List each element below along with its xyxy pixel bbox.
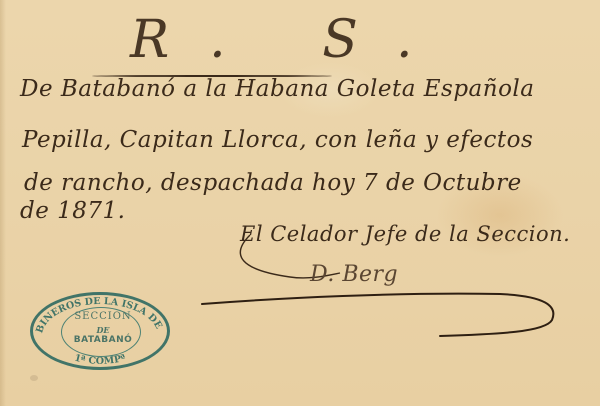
paper-edge-shadow	[0, 0, 6, 406]
paper-smudge	[30, 375, 38, 381]
signature-title: El Celador Jefe de la Seccion.	[240, 222, 570, 246]
stamp-seccion: SECCION	[33, 311, 173, 322]
official-stamp: CARABINEROS DE LA ISLA DE CUBA 1ª COMPª …	[30, 292, 170, 370]
body-line-3: de rancho, despachada hoy 7 de Octubre	[24, 170, 522, 196]
document-heading: R. S.	[130, 10, 453, 70]
body-line-1: De Batabanó a la Habana Goleta Española	[20, 76, 535, 102]
stamp-de: DE	[33, 325, 173, 335]
body-line-2: Pepilla, Capitan Llorca, con leña y efec…	[22, 127, 533, 153]
body-line-4: de 1871.	[20, 198, 126, 224]
signature-name: D. Berg	[310, 262, 398, 287]
signature-flourish	[200, 290, 560, 338]
stamp-place: BATABANÓ	[33, 335, 173, 345]
document-page: R. S. De Batabanó a la Habana Goleta Esp…	[0, 0, 600, 406]
